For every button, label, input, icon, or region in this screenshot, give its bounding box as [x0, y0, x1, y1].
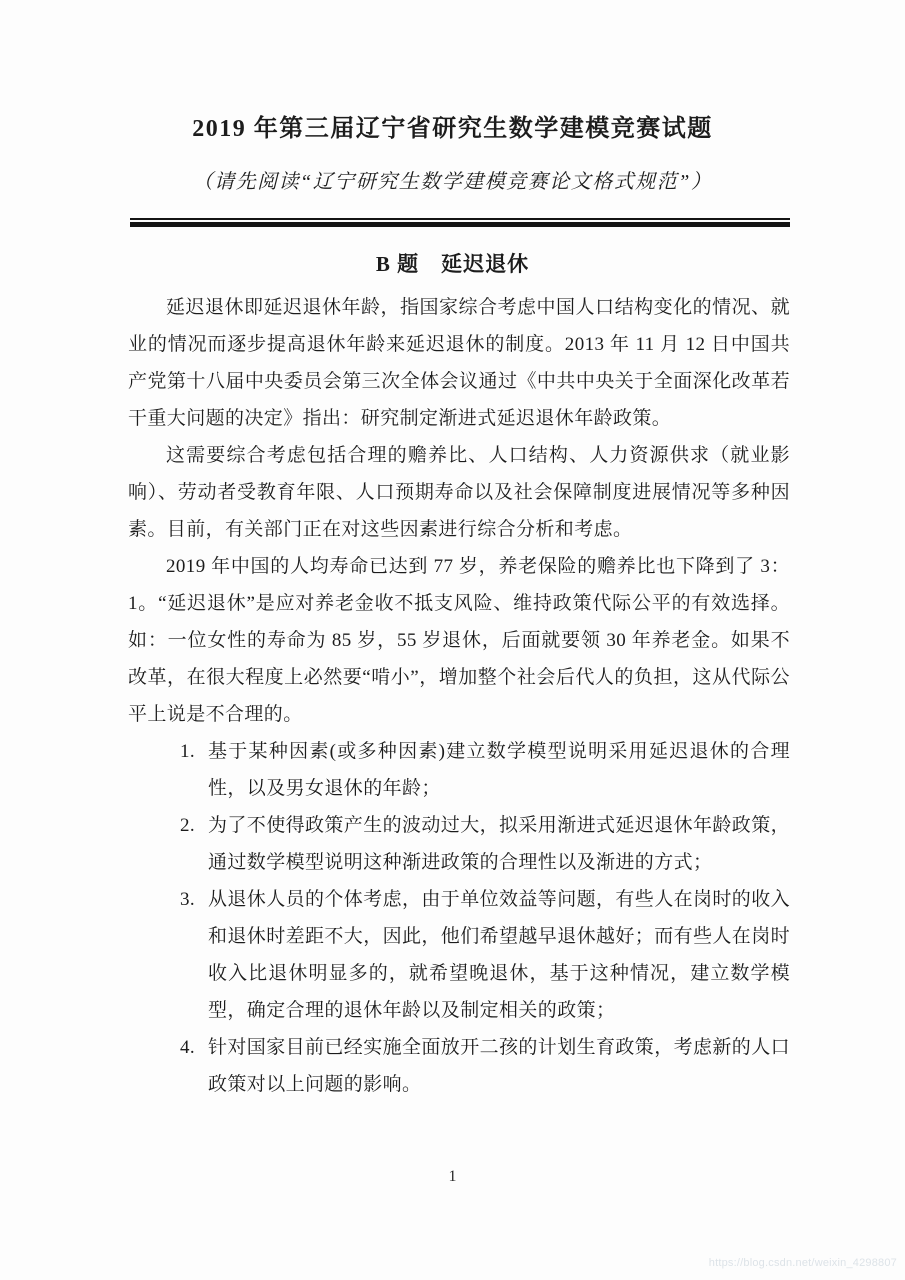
- list-item-number: 3.: [180, 881, 195, 918]
- list-item: 1. 基于某种因素(或多种因素)建立数学模型说明采用延迟退休的合理性，以及男女退…: [128, 733, 790, 807]
- body-paragraph: 延迟退休即延迟退休年龄，指国家综合考虑中国人口结构变化的情况、就业的情况而逐步提…: [128, 289, 790, 437]
- list-item-text: 从退休人员的个体考虑，由于单位效益等问题，有些人在岗时的收入和退休时差距不大，因…: [208, 889, 790, 1021]
- list-item: 4. 针对国家目前已经实施全面放开二孩的计划生育政策，考虑新的人口政策对以上问题…: [128, 1029, 790, 1103]
- subtitle: （请先阅读“辽宁研究生数学建模竞赛论文格式规范”）: [0, 168, 905, 196]
- list-item-number: 2.: [180, 807, 195, 844]
- list-item: 2. 为了不使得政策产生的波动过大，拟采用渐进式延迟退休年龄政策，通过数学模型说…: [128, 807, 790, 881]
- list-item: 3. 从退休人员的个体考虑，由于单位效益等问题，有些人在岗时的收入和退休时差距不…: [128, 881, 790, 1029]
- watermark-url: https://blog.csdn.net/weixin_4298807: [709, 1257, 897, 1269]
- body-paragraph: 2019 年中国的人均寿命已达到 77 岁，养老保险的赡养比也下降到了 3：1。…: [128, 548, 790, 733]
- body-paragraph: 这需要综合考虑包括合理的赡养比、人口结构、人力资源供求（就业影响）、劳动者受教育…: [128, 437, 790, 548]
- list-item-text: 为了不使得政策产生的波动过大，拟采用渐进式延迟退休年龄政策，通过数学模型说明这种…: [208, 815, 790, 873]
- body-text: 延迟退休即延迟退休年龄，指国家综合考虑中国人口结构变化的情况、就业的情况而逐步提…: [128, 289, 790, 1103]
- section-heading: B 题 延迟退休: [0, 249, 905, 279]
- page-number: 1: [0, 1168, 905, 1186]
- double-rule: [130, 218, 790, 227]
- list-item-number: 4.: [180, 1029, 195, 1066]
- list-item-text: 针对国家目前已经实施全面放开二孩的计划生育政策，考虑新的人口政策对以上问题的影响…: [208, 1037, 790, 1095]
- ordered-list: 1. 基于某种因素(或多种因素)建立数学模型说明采用延迟退休的合理性，以及男女退…: [128, 733, 790, 1103]
- page-title: 2019 年第三届辽宁省研究生数学建模竞赛试题: [0, 0, 905, 146]
- document-page: 2019 年第三届辽宁省研究生数学建模竞赛试题 （请先阅读“辽宁研究生数学建模竞…: [0, 0, 905, 1280]
- list-item-text: 基于某种因素(或多种因素)建立数学模型说明采用延迟退休的合理性，以及男女退休的年…: [208, 741, 790, 799]
- list-item-number: 1.: [180, 733, 195, 770]
